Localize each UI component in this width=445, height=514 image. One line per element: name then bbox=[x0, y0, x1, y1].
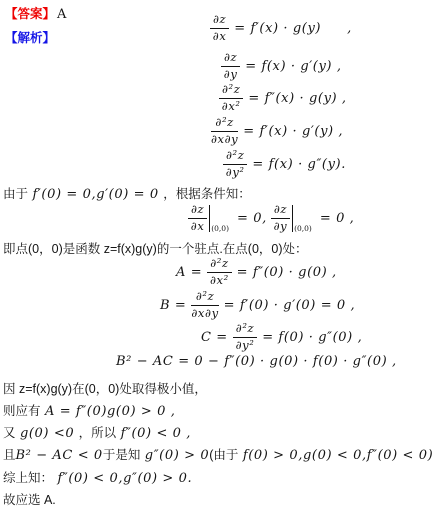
fraction-denominator: ∂x∂y bbox=[191, 306, 218, 320]
fraction: ∂²z∂x² bbox=[207, 258, 231, 286]
and-math2: g″(0) > 0 bbox=[145, 448, 209, 463]
and-mid1: 于是知 bbox=[103, 448, 141, 462]
fraction: ∂²z∂y² bbox=[233, 323, 257, 351]
stationary-point-line: 即点(0，0)是函数 z=f(x)g(y)的一个驻点.在点(0，0)处： bbox=[3, 239, 308, 257]
then-prefix: 则应有 bbox=[3, 404, 41, 418]
and-mid2: (由于 bbox=[209, 448, 238, 462]
fraction: ∂z∂x bbox=[210, 14, 229, 42]
evaluation-point: (0,0) bbox=[211, 224, 229, 233]
equation-lhs: B = bbox=[160, 298, 186, 313]
derivative-eq-d2zdy2: ∂²z∂y² = f(x) · g″(y). bbox=[223, 150, 346, 178]
fraction-denominator: ∂y bbox=[221, 67, 240, 81]
equation-mid: = 0, bbox=[237, 211, 267, 226]
answer-label: 【答案】 bbox=[5, 7, 55, 21]
equation-comma: , bbox=[347, 21, 352, 36]
fraction-numerator: ∂z bbox=[210, 14, 229, 29]
and-prefix: 且 bbox=[3, 448, 16, 462]
summary-prefix: 综上知： bbox=[3, 471, 53, 485]
discriminant-eq: B² − AC = 0 − f″(0) · g(0) · f(0) · g″(0… bbox=[116, 354, 397, 369]
second-partial-b-eq: B = ∂²z∂x∂y = f′(0) · g′(0) = 0 , bbox=[160, 291, 355, 319]
also-mid: ，所以 bbox=[79, 426, 117, 440]
fraction-numerator: ∂²z bbox=[233, 323, 257, 338]
fraction-numerator: ∂²z bbox=[211, 117, 238, 132]
and-math1: B² − AC < 0 bbox=[16, 448, 103, 463]
condition-math: f′(0) = 0,g′(0) = 0 bbox=[32, 187, 158, 202]
final-answer-line: 故应选 A. bbox=[3, 490, 56, 508]
condition-prefix: 由于 bbox=[3, 187, 28, 201]
also-math2: f″(0) < 0 , bbox=[121, 426, 191, 441]
fraction-denominator: ∂y² bbox=[233, 338, 257, 352]
derivative-eq-dzdy: ∂z∂y = f(x) · g′(y) , bbox=[221, 52, 342, 80]
equation-rhs: = f(x) · g″(y). bbox=[252, 157, 346, 172]
derivative-eq-d2zdx2: ∂²z∂x² = f″(x) · g(y) , bbox=[219, 84, 347, 112]
fraction: ∂z∂y bbox=[221, 52, 240, 80]
fraction-numerator: ∂z bbox=[188, 204, 207, 219]
fraction-denominator: ∂x² bbox=[219, 99, 243, 113]
condition-line: 由于 f′(0) = 0,g′(0) = 0 ，根据条件知： bbox=[3, 184, 251, 203]
fraction-numerator: ∂²z bbox=[207, 258, 231, 273]
condition-suffix: ，根据条件知： bbox=[163, 187, 251, 201]
also-prefix: 又 bbox=[3, 426, 16, 440]
derivative-eq-dzdx: ∂z∂x = f′(x) · g(y) , bbox=[210, 14, 352, 42]
discriminant-negative-line: 且B² − AC < 0于是知 g″(0) > 0(由于 f(0) > 0,g(… bbox=[3, 445, 433, 464]
stationary-eq: ∂z∂x (0,0) = 0, ∂z∂y (0,0) = 0 , bbox=[188, 204, 354, 232]
fraction: ∂²z∂x∂y bbox=[191, 291, 218, 319]
fraction-numerator: ∂²z bbox=[219, 84, 243, 99]
equation-rhs: = f(0) · g″(0) , bbox=[262, 330, 362, 345]
fraction-numerator: ∂z bbox=[221, 52, 240, 67]
second-partial-c-eq: C = ∂²z∂y² = f(0) · g″(0) , bbox=[201, 323, 362, 351]
equation-rhs: = f′(0) · g′(0) = 0 , bbox=[224, 298, 356, 313]
fraction-numerator: ∂z bbox=[271, 204, 290, 219]
summary-math: f″(0) < 0,g″(0) > 0. bbox=[57, 471, 192, 486]
equation-rhs: = f′(x) · g′(y) , bbox=[243, 124, 343, 139]
equation-rhs: = f′(x) · g(y) bbox=[234, 21, 321, 36]
evaluation-bar bbox=[209, 205, 210, 232]
fraction-numerator: ∂²z bbox=[191, 291, 218, 306]
fraction-denominator: ∂x∂y bbox=[211, 132, 238, 146]
second-partial-a-eq: A = ∂²z∂x² = f″(0) · g(0) , bbox=[176, 258, 337, 286]
evaluation-point: (0,0) bbox=[294, 224, 312, 233]
derivative-eq-d2zdxdy: ∂²z∂x∂y = f′(x) · g′(y) , bbox=[211, 117, 343, 145]
equation-lhs: A = bbox=[176, 265, 202, 280]
summary-line: 综上知： f″(0) < 0,g″(0) > 0. bbox=[3, 468, 192, 487]
fraction: ∂z∂x bbox=[188, 204, 207, 232]
analysis-line: 【解析】 bbox=[5, 28, 55, 47]
equation-rhs: = 0 , bbox=[320, 211, 355, 226]
analysis-label: 【解析】 bbox=[5, 31, 55, 45]
fraction: ∂²z∂x∂y bbox=[211, 117, 238, 145]
conclusion-a-line: 则应有 A = f″(0)g(0) > 0 , bbox=[3, 401, 175, 420]
minimum-line: 因 z=f(x)g(y)在(0，0)处取得极小值， bbox=[3, 379, 207, 397]
equation-rhs: = f″(x) · g(y) , bbox=[248, 91, 346, 106]
answer-line: 【答案】A bbox=[5, 4, 66, 23]
solution-document: 【答案】A 【解析】 ∂z∂x = f′(x) · g(y) , ∂z∂y = … bbox=[0, 0, 445, 514]
fraction: ∂²z∂x² bbox=[219, 84, 243, 112]
fraction-denominator: ∂y bbox=[271, 219, 290, 233]
then-math: A = f″(0)g(0) > 0 , bbox=[45, 404, 175, 419]
fraction-denominator: ∂x² bbox=[207, 273, 231, 287]
equation-lhs: C = bbox=[201, 330, 228, 345]
equation-rhs: = f(x) · g′(y) , bbox=[245, 59, 341, 74]
fraction-denominator: ∂x bbox=[188, 219, 207, 233]
fraction-denominator: ∂x bbox=[210, 29, 229, 43]
fraction-numerator: ∂²z bbox=[223, 150, 247, 165]
fraction: ∂z∂y bbox=[271, 204, 290, 232]
also-math1: g(0) <0 bbox=[20, 426, 74, 441]
fraction-denominator: ∂y² bbox=[223, 165, 247, 179]
and-math3: f(0) > 0,g(0) < 0,f″(0) < 0) bbox=[243, 448, 433, 463]
fraction: ∂²z∂y² bbox=[223, 150, 247, 178]
g0-negative-line: 又 g(0) <0 ，所以 f″(0) < 0 , bbox=[3, 423, 191, 442]
evaluation-bar bbox=[292, 205, 293, 232]
answer-value: A bbox=[57, 7, 66, 22]
equation-rhs: = f″(0) · g(0) , bbox=[237, 265, 337, 280]
